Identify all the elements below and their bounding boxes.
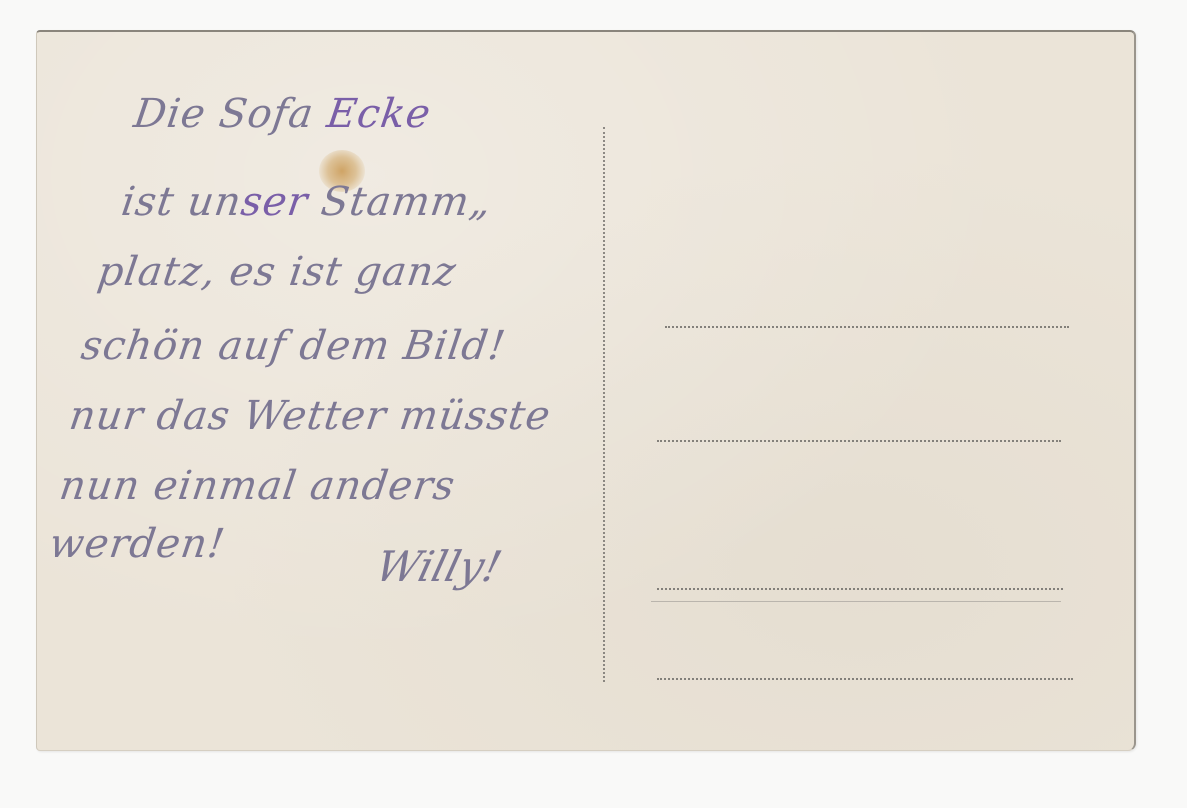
address-line-3-underline xyxy=(651,601,1061,602)
message-line-5: nur das Wetter müsste xyxy=(67,396,553,436)
scanned-image: Die Sofa Ecke ist unser Stamm„ platz, es… xyxy=(0,0,1187,808)
address-line-2 xyxy=(657,440,1061,442)
address-line-3 xyxy=(657,588,1063,590)
signature: Willy! xyxy=(371,542,507,591)
message-line-3: platz, es ist ganz xyxy=(95,252,459,292)
message-line-1: Die Sofa Ecke xyxy=(131,94,433,134)
address-line-1 xyxy=(665,326,1069,328)
message-line-6: nun einmal anders xyxy=(57,466,458,506)
vertical-dotted-divider xyxy=(603,127,605,682)
address-line-4 xyxy=(657,678,1073,680)
message-line-7: werden! xyxy=(47,524,228,564)
message-line-4: schön auf dem Bild! xyxy=(79,326,509,366)
postcard-back: Die Sofa Ecke ist unser Stamm„ platz, es… xyxy=(36,30,1136,751)
message-line-2: ist unser Stamm„ xyxy=(119,182,494,222)
